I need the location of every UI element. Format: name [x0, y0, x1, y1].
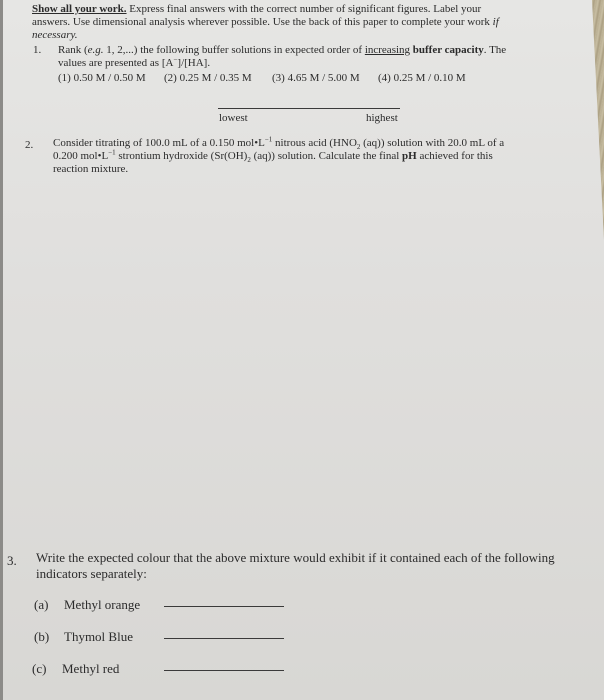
q3-item-c-name: Methyl red — [62, 661, 119, 677]
q3-item-a-label: (a) — [34, 597, 48, 613]
instructions-line-1: Show all your work. Express final answer… — [32, 3, 481, 16]
q1-option-4: (4) 0.25 M / 0.10 M — [378, 72, 466, 85]
q1-prompt-line-1: Rank (e.g. 1, 2,...) the following buffe… — [58, 44, 506, 57]
q1-option-3: (3) 4.65 M / 5.00 M — [272, 72, 360, 85]
q3-item-b-name: Thymol Blue — [64, 629, 133, 645]
q1-option-1: (1) 0.50 M / 0.50 M — [58, 72, 146, 85]
q2-prompt-line-2: 0.200 mol•L−1 strontium hydroxide (Sr(OH… — [53, 150, 493, 163]
q3-item-c-answer-line[interactable] — [164, 670, 284, 671]
q3-item-a-name: Methyl orange — [64, 597, 140, 613]
q3-number: 3. — [7, 553, 17, 569]
q2-prompt-line-1: Consider titrating of 100.0 mL of a 0.15… — [53, 137, 504, 150]
q1-option-2: (2) 0.25 M / 0.35 M — [164, 72, 252, 85]
q3-prompt-line-1: Write the expected colour that the above… — [36, 550, 555, 566]
instructions-line-3: necessary. — [32, 29, 78, 42]
q3-item-b-answer-line[interactable] — [164, 638, 284, 639]
q3-prompt-line-2: indicators separately: — [36, 566, 147, 582]
q1-scale-lowest: lowest — [219, 112, 248, 125]
q3-item-a-answer-line[interactable] — [164, 606, 284, 607]
q2-work-area[interactable] — [20, 185, 580, 530]
q2-number: 2. — [25, 139, 33, 152]
q2-prompt-line-3: reaction mixture. — [53, 163, 128, 176]
q3-item-b-label: (b) — [34, 629, 49, 645]
instructions-line-2: answers. Use dimensional analysis wherev… — [32, 16, 499, 29]
instructions-lead: Show all your work. — [32, 3, 127, 15]
q1-scale-highest: highest — [366, 112, 398, 125]
q1-number: 1. — [33, 44, 41, 57]
q1-answer-line[interactable] — [218, 108, 400, 109]
paper-edge — [0, 0, 3, 700]
q1-prompt-line-2: values are presented as [A−]/[HA]. — [58, 57, 210, 70]
q3-item-c-label: (c) — [32, 661, 46, 677]
